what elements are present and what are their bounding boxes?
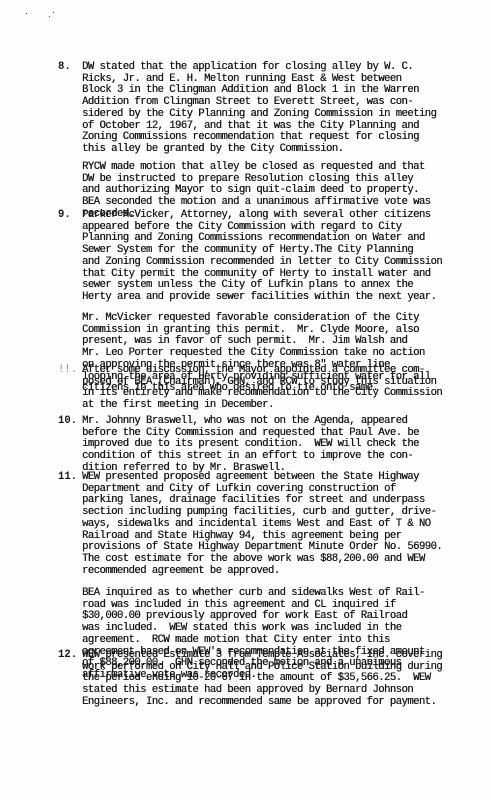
- text-line: Mr. McVicker requested favorable conside…: [82, 313, 474, 325]
- document-page: 8. DW stated that the application for cl…: [0, 0, 491, 800]
- text-line: RYCW made motion that alley be closed as…: [82, 162, 474, 174]
- text-line: ways, sidewalks and incidental items Wes…: [82, 519, 474, 531]
- item-9-paragraph-1: Parker McVicker, Attorney, along with se…: [82, 210, 474, 304]
- text-line: WEW presented proposed agreement between…: [82, 472, 474, 484]
- text-line: Engineers, Inc. and recommended same be …: [82, 697, 474, 709]
- item-number: !!.: [58, 365, 77, 377]
- committee-paragraph: After some discussion, the Mayor appoint…: [82, 365, 474, 412]
- item-number: 10.: [58, 416, 77, 428]
- text-line: this alley be granted by the City Commis…: [82, 144, 474, 156]
- scan-speck: [49, 16, 50, 17]
- item-number: 9.: [58, 210, 71, 222]
- text-line: agreement. RCW made motion that City ent…: [82, 635, 474, 647]
- text-line: Herty area and provide sewer facilities …: [82, 292, 474, 304]
- item-8-paragraph-1: DW stated that the application for closi…: [82, 62, 474, 156]
- item-number: 12.: [58, 650, 77, 662]
- item-10-paragraph: Mr. Johnny Braswell, who was not on the …: [82, 416, 474, 475]
- item-11-paragraph-1: WEW presented proposed agreement between…: [82, 472, 474, 577]
- text-line: sidered by the City Planning and Zoning …: [82, 109, 474, 121]
- text-line: DW stated that the application for closi…: [82, 62, 474, 74]
- text-line: Mr. Johnny Braswell, who was not on the …: [82, 416, 474, 428]
- text-line: at the first meeting in December.: [82, 400, 474, 412]
- text-line: The cost estimate for the above work was…: [82, 554, 474, 566]
- text-line: After some discussion, the Mayor appoint…: [82, 365, 474, 377]
- text-line: BEA inquired as to whether curb and side…: [82, 588, 474, 600]
- text-line: and Zoning Commission recommended in let…: [82, 257, 474, 269]
- scan-speck: [53, 12, 54, 13]
- text-line: WEW presented Estimate 3 from Temple Ass…: [82, 650, 474, 662]
- text-line: BEA seconded the motion and a unanimous …: [82, 197, 474, 209]
- text-line: Parker McVicker, Attorney, along with se…: [82, 210, 474, 222]
- item-number: 8.: [58, 62, 71, 74]
- text-line: recommended agreement be approved.: [82, 566, 474, 578]
- item-number: 11.: [58, 472, 77, 484]
- item-12-paragraph: WEW presented Estimate 3 from Temple Ass…: [82, 650, 474, 709]
- scan-speck: [26, 13, 27, 14]
